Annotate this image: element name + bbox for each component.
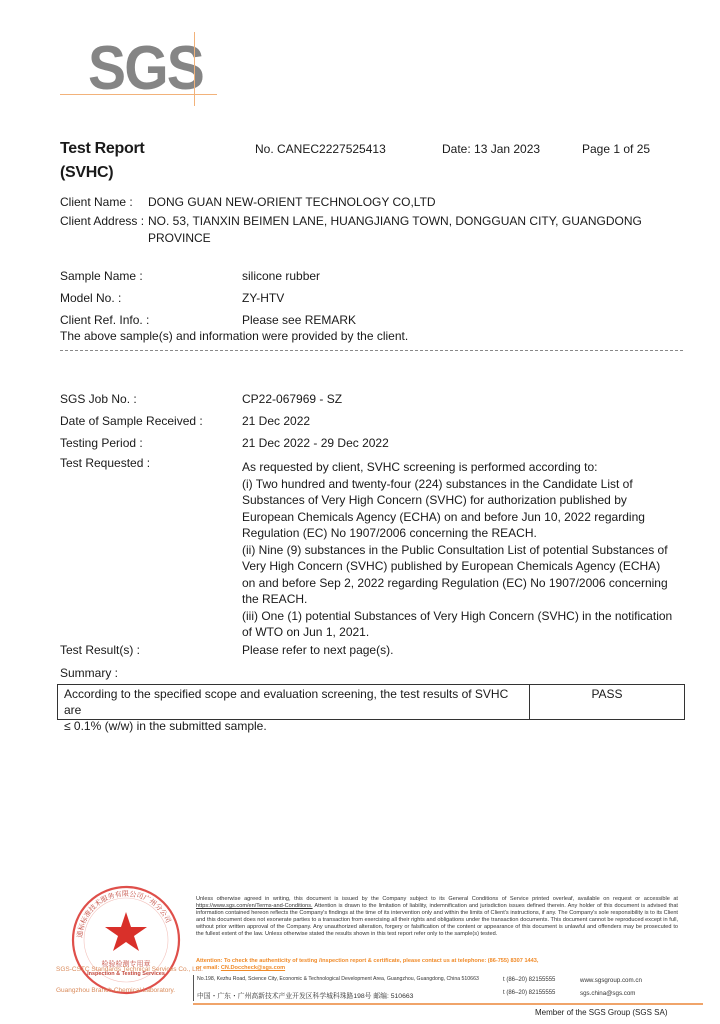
summary-text-line: According to the specified scope and eva…: [64, 686, 523, 718]
company-seal-stamp: 检验检测专用章 Inspection & Testing Services 通标…: [70, 884, 182, 996]
test-requested-line: European Chemicals Agency (ECHA) on and …: [242, 509, 687, 526]
summary-result: PASS: [530, 685, 684, 719]
report-date: Date: 13 Jan 2023: [442, 142, 540, 156]
job-no-label: SGS Job No. :: [60, 391, 137, 407]
legal-disclaimer: Unless otherwise agreed in writing, this…: [196, 896, 678, 937]
client-ref-value: Please see REMARK: [242, 312, 356, 328]
address-divider: [193, 975, 194, 1001]
client-name-label: Client Name :: [60, 194, 133, 210]
page-indicator: Page 1 of 25: [582, 142, 650, 156]
telephone-2: t (86–20) 82155555: [503, 990, 555, 996]
authenticity-notice: Attention: To check the authenticity of …: [196, 958, 678, 972]
client-address-value: NO. 53, TIANXIN BEIMEN LANE, HUANGJIANG …: [148, 213, 642, 229]
address-chinese: 中国・广东・广州高新技术产业开发区科学城科珠路198号 邮编: 510663: [197, 990, 413, 1000]
report-number: No. CANEC2227525413: [255, 142, 386, 156]
logo-vertical-rule: [194, 32, 195, 106]
test-result-value: Please refer to next page(s).: [242, 642, 393, 658]
attention-text: Attention: To check the authenticity of …: [196, 958, 678, 965]
summary-text-line: ≤ 0.1% (w/w) in the submitted sample.: [64, 718, 523, 734]
date-received-value: 21 Dec 2022: [242, 413, 310, 429]
disclaimer-text: Unless otherwise agreed in writing, this…: [196, 896, 678, 902]
test-requested-line: the REACH.: [242, 591, 687, 608]
test-requested-text: As requested by client, SVHC screening i…: [242, 459, 687, 641]
test-requested-label: Test Requested :: [60, 455, 150, 471]
summary-table: According to the specified scope and eva…: [57, 684, 685, 720]
member-statement: Member of the SGS Group (SGS SA): [535, 1008, 668, 1017]
client-address-value-cont: PROVINCE: [148, 230, 211, 246]
testing-period-value: 21 Dec 2022 - 29 Dec 2022: [242, 435, 389, 451]
job-no-value: CP22-067969 - SZ: [242, 391, 342, 407]
dashed-divider: [60, 350, 683, 351]
summary-text: According to the specified scope and eva…: [58, 685, 530, 719]
sample-name-value: silicone rubber: [242, 268, 320, 284]
date-received-label: Date of Sample Received :: [60, 413, 203, 429]
test-requested-line: (i) Two hundred and twenty-four (224) su…: [242, 476, 687, 493]
sample-name-label: Sample Name :: [60, 268, 143, 284]
test-requested-line: of WTO on Jun 1, 2021.: [242, 624, 687, 641]
address-english: No.198, Kezhu Road, Science City, Econom…: [197, 976, 479, 982]
footer-rule: [193, 1003, 703, 1005]
client-ref-label: Client Ref. Info. :: [60, 312, 149, 328]
client-name-value: DONG GUAN NEW-ORIENT TECHNOLOGY CO,LTD: [148, 194, 436, 210]
client-address-label: Client Address :: [60, 213, 144, 229]
contact-email-link[interactable]: sgs.china@sgs.com: [580, 990, 635, 997]
test-requested-line: (iii) One (1) potential Substances of Ve…: [242, 608, 687, 625]
test-requested-line: on and before Sep 2, 2022 regarding Regu…: [242, 575, 687, 592]
test-requested-line: Substances of Very High Concern (SVHC) f…: [242, 492, 687, 509]
star-icon: [105, 912, 147, 951]
model-no-label: Model No. :: [60, 290, 121, 306]
report-title: Test Report: [60, 138, 144, 160]
test-requested-line: As requested by client, SVHC screening i…: [242, 459, 687, 476]
sgs-logo: SGS: [88, 36, 203, 102]
test-requested-line: Regulation (EC) No 1907/2006 concerning …: [242, 525, 687, 542]
test-result-label: Test Result(s) :: [60, 642, 140, 658]
terms-link[interactable]: https://www.sgs.com/en/Terms-and-Conditi…: [196, 903, 313, 909]
stamp-company-line: SGS-CSTC Standards Technical Services Co…: [56, 966, 203, 973]
sample-note: The above sample(s) and information were…: [60, 328, 408, 344]
report-subtitle: (SVHC): [60, 162, 113, 184]
telephone-1: t (86–20) 82155555: [503, 977, 555, 983]
testing-period-label: Testing Period :: [60, 435, 143, 451]
email-prefix: or email:: [196, 965, 221, 971]
test-requested-line: (ii) Nine (9) substances in the Public C…: [242, 542, 687, 559]
doccheck-email-link[interactable]: CN.Doccheck@sgs.com: [221, 965, 285, 971]
model-no-value: ZY-HTV: [242, 290, 284, 306]
summary-label: Summary :: [60, 665, 118, 681]
test-requested-line: Very High Concern (SVHC) published by Eu…: [242, 558, 687, 575]
stamp-branch-line: Guangzhou Branch Chemical Laboratory.: [56, 987, 175, 994]
website-link[interactable]: www.sgsgroup.com.cn: [580, 977, 642, 984]
